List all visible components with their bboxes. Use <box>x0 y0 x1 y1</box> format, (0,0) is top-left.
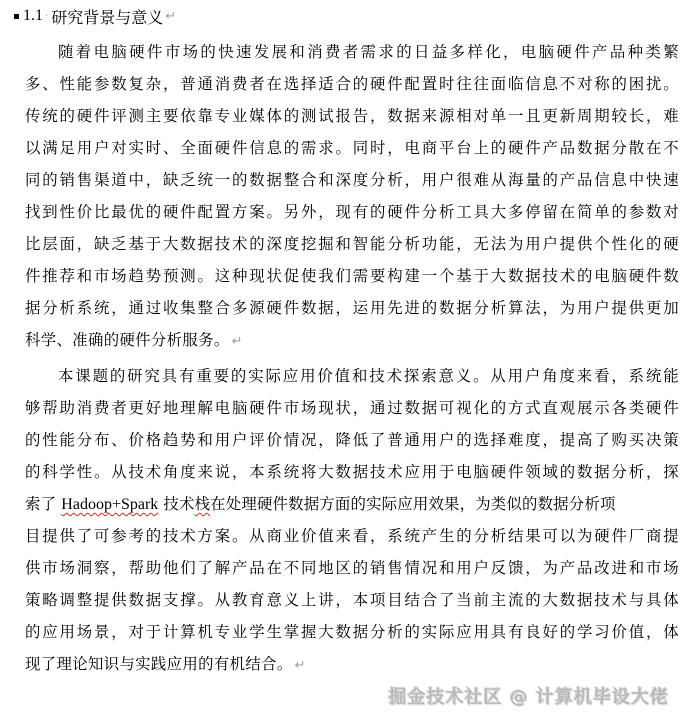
text-line: 件推荐和市场趋势预测。这种现状促使我们需要构建一个基于大数据技术的电脑硬件数 <box>25 264 679 288</box>
text-line: 现了理论知识与实践应用的有机结合。↵ <box>25 652 679 676</box>
text-line: 的性能分布、价格趋势和用户评价情况，降低了普通用户的选择难度，提高了购买决策 <box>25 428 679 452</box>
text-line: 同的销售渠道中，缺乏统一的数据整合和深度分析，用户很难从海量的产品信息中快速 <box>25 168 679 192</box>
text-line: 索了 Hadoop+Spark 技术栈在处理硬件数据方面的实际应用效果，为类似的… <box>25 492 679 516</box>
heading-bullet-icon <box>14 14 19 19</box>
text-segment: 索了 <box>25 495 61 513</box>
text-segment: 现了理论知识与实践应用的有机结合。 <box>25 655 293 673</box>
text-line: 传统的硬件评测主要依靠专业媒体的测试报告，数据来源相对单一且更新周期较长，难 <box>25 104 679 128</box>
text-line: 以满足用户对实时、全面硬件信息的需求。同时，电商平台上的硬件产品数据分散在不 <box>25 136 679 160</box>
text-line: 供市场洞察，帮助他们了解产品在不同地区的销售情况和用户反馈，为产品改进和市场 <box>25 556 679 580</box>
text-line: 随着电脑硬件市场的快速发展和消费者需求的日益多样化，电脑硬件产品种类繁 <box>58 40 679 64</box>
paragraph-mark-icon: ↵ <box>165 9 176 24</box>
section-title: 研究背景与意义 <box>51 5 163 28</box>
document-page: 1.1 · 研究背景与意义 ↵ 随着电脑硬件市场的快速发展和消费者需求的日益多样… <box>0 0 689 725</box>
text-line: 够帮助消费者更好地理解电脑硬件市场现状，通过数据可视化的方式直观展示各类硬件 <box>25 396 679 420</box>
text-line: 目提供了可参考的技术方案。从商业价值来看，系统产生的分析结果可以为硬件厂商提 <box>25 524 679 548</box>
space-marker-icon: · <box>45 11 48 22</box>
text-line: 策略调整提供数据支撑。从教育意义上讲，本项目结合了当前主流的大数据技术与具体 <box>25 588 679 612</box>
text-line: 找到性价比最优的硬件配置方案。另外，现有的硬件分析工具大多停留在简单的参数对 <box>25 200 679 224</box>
paragraph-mark-icon: ↵ <box>295 658 306 673</box>
text-line: 比层面，缺乏基于大数据技术的深度挖掘和智能分析功能，无法为用户提供个性化的硬 <box>25 232 679 256</box>
text-segment: 技术 <box>158 495 194 513</box>
text-line: 的科学性。从技术角度来说，本系统将大数据技术应用于电脑硬件领域的数据分析，探 <box>25 460 679 484</box>
text-line: 据分析系统，通过收集整合多源硬件数据，运用先进的数据分析算法，为用户提供更加 <box>25 296 679 320</box>
text-line: 多、性能参数复杂，普通消费者在选择适合的硬件配置时往往面临信息不对称的困扰。 <box>25 72 679 96</box>
text-segment: 在处理硬件数据方面的实际应用效果，为类似的数据分析项 <box>210 495 615 513</box>
text-segment: 科学、准确的硬件分析服务。 <box>25 331 230 349</box>
misspelled-tech-term[interactable]: Hadoop+Spark <box>61 496 158 513</box>
watermark: 掘金技术社区 @ 计算机毕设大佬 <box>388 683 669 709</box>
text-line: 本课题的研究具有重要的实际应用价值和技术探索意义。从用户角度来看，系统能 <box>58 364 679 388</box>
section-number: 1.1 <box>23 7 43 25</box>
flagged-word[interactable]: 栈 <box>195 495 211 513</box>
text-line: 的应用场景，对于计算机专业学生掌握大数据分析的实际应用具有良好的学习价值，体 <box>25 620 679 644</box>
section-heading[interactable]: 1.1 · 研究背景与意义 ↵ <box>14 4 176 28</box>
paragraph-mark-icon: ↵ <box>232 334 243 349</box>
text-line: 科学、准确的硬件分析服务。↵ <box>25 328 679 352</box>
